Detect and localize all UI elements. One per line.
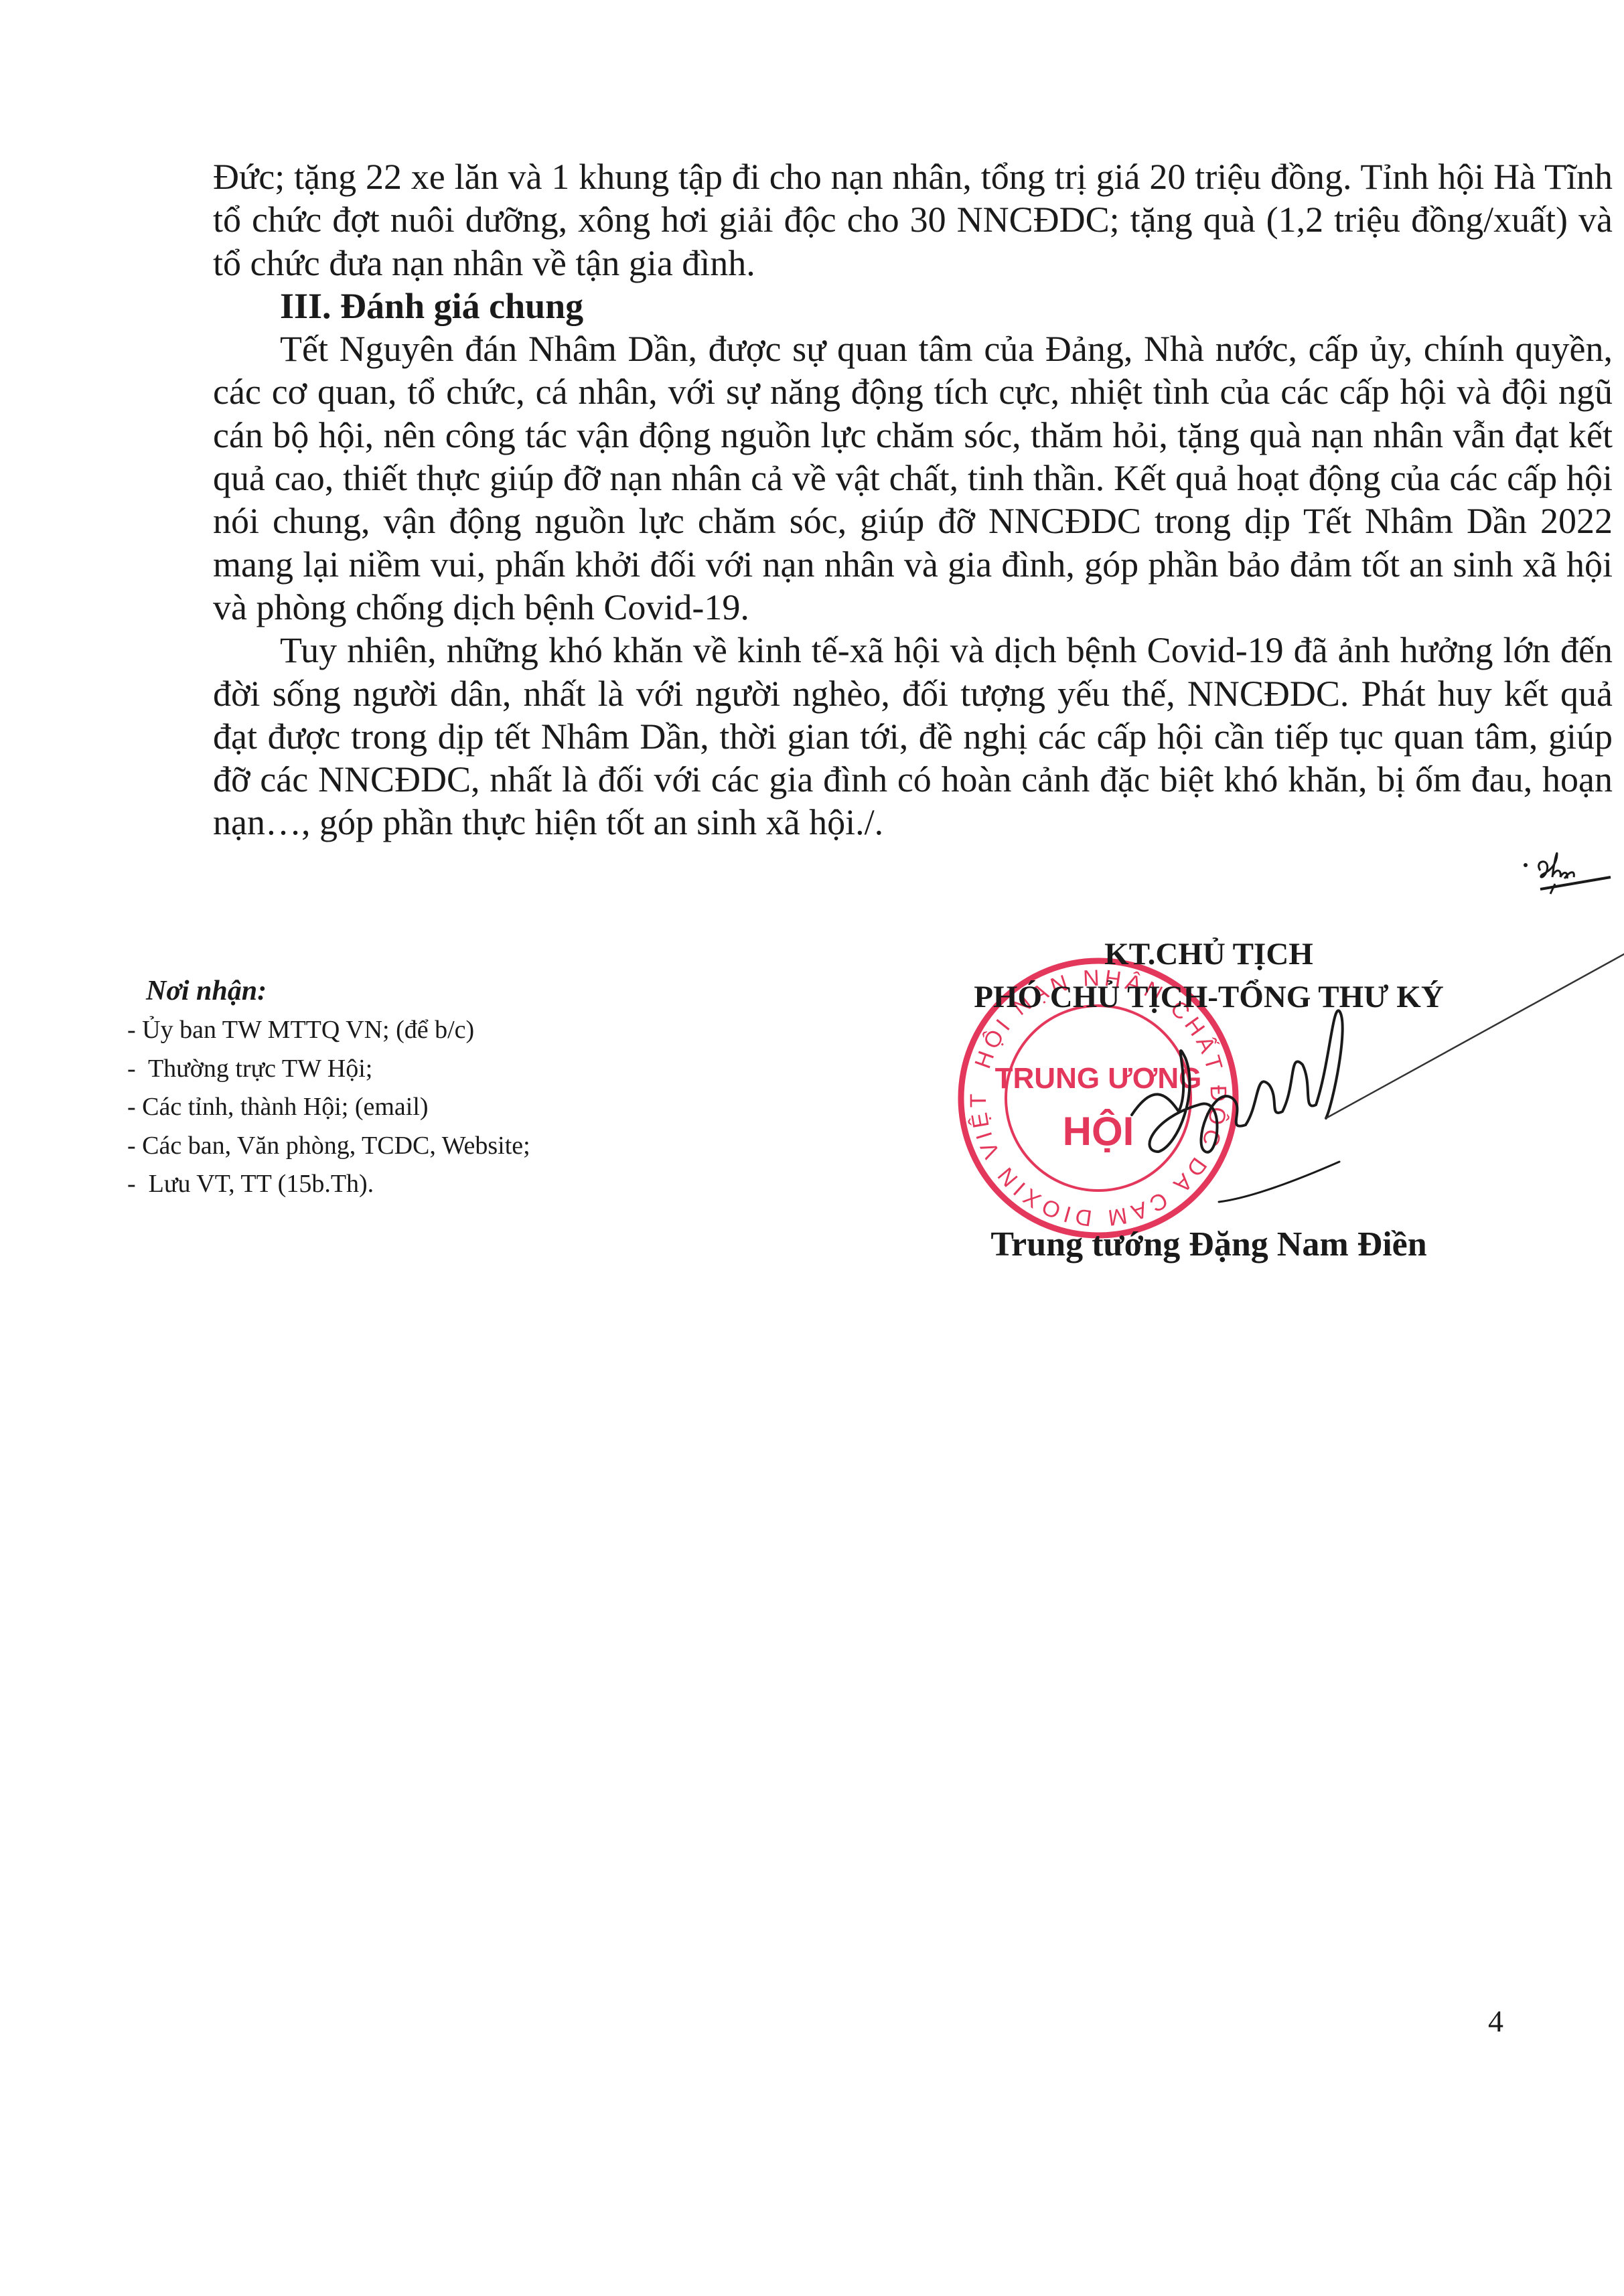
recipients-title: Nơi nhận: [146, 971, 530, 1011]
recipient-item: - Lưu VT, TT (15b.Th). [127, 1165, 530, 1204]
recipient-item: - Ủy ban TW MTTQ VN; (để b/c) [127, 1011, 530, 1050]
body-paragraph-continuation: Đức; tặng 22 xe lăn và 1 khung tập đi ch… [213, 155, 1613, 285]
handwritten-signature-icon [1112, 951, 1624, 1245]
recipient-item: - Thường trực TW Hội; [127, 1050, 530, 1089]
document-body: Đức; tặng 22 xe lăn và 1 khung tập đi ch… [213, 155, 1613, 844]
page-number: 4 [1488, 2003, 1503, 2039]
recipient-item: - Các tỉnh, thành Hội; (email) [127, 1088, 530, 1127]
initials-mark-icon [1520, 850, 1614, 911]
section-heading-general-assessment: III. Đánh giá chung [213, 285, 1613, 327]
body-paragraph-limitations: Tuy nhiên, những khó khăn về kinh tế-xã … [213, 629, 1613, 844]
body-paragraph-assessment: Tết Nguyên đán Nhâm Dần, được sự quan tâ… [213, 327, 1613, 629]
recipients-block: Nơi nhận: - Ủy ban TW MTTQ VN; (để b/c) … [127, 971, 530, 1204]
recipient-item: - Các ban, Văn phòng, TCDC, Website; [127, 1127, 530, 1166]
